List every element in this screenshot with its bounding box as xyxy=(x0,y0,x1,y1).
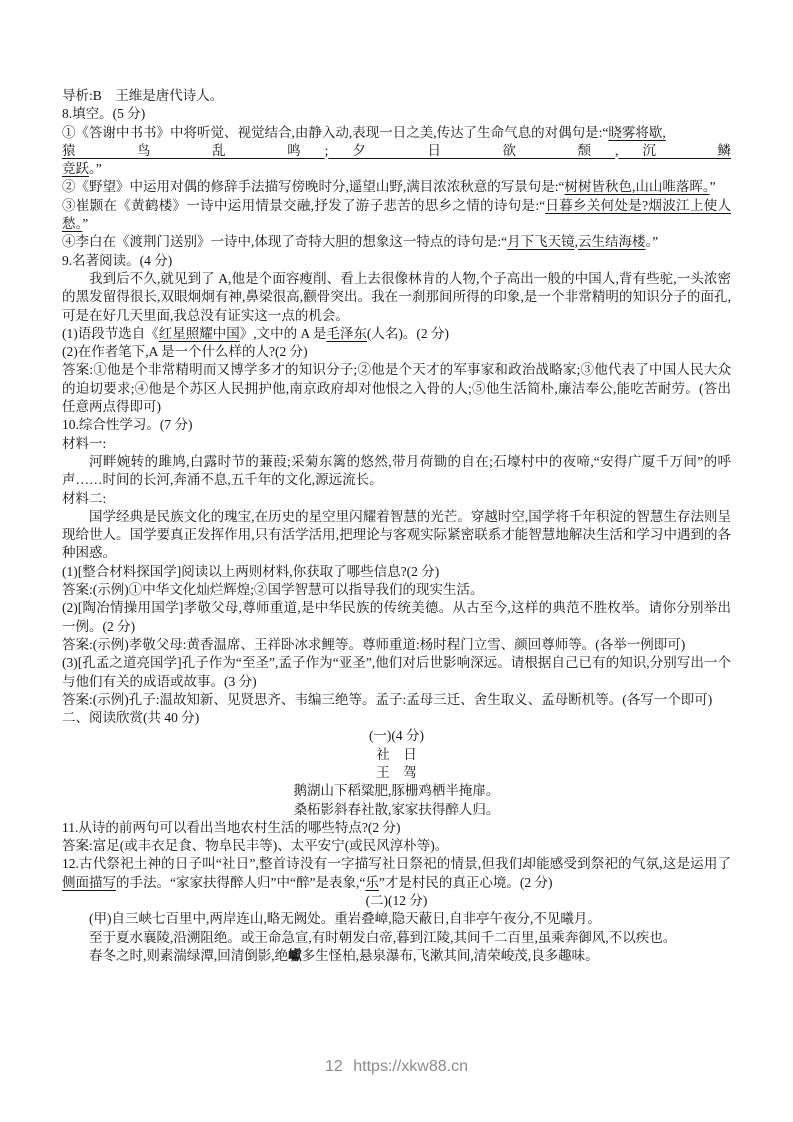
text-segment: ”才是村民的真正心境。(2 分) xyxy=(379,875,553,890)
q8-item2: ②《野望》中运用对偶的修辞手法描写傍晚时分,遥望山野,满目浓浓秋意的写景句是:“… xyxy=(62,178,731,196)
analysis-line: 导析:B 王维是唐代诗人。 xyxy=(62,87,731,105)
text-segment: (甲)自三峡七百里中,两岸连山,略无阙处。重岩叠嶂,隐天蔽日,自非亭午夜分,不见… xyxy=(89,911,601,926)
poem-title: 社 日 xyxy=(62,746,731,764)
bold-character: 巘 xyxy=(288,948,302,963)
text-segment: ②《野望》中运用对偶的修辞手法描写傍晚时分,遥望山野,满目浓浓秋意的写景句是:“ xyxy=(62,179,565,194)
text-segment: 9.名著阅读。(4 分) xyxy=(62,253,172,268)
q10-heading: 10.综合性学习。(7 分) xyxy=(62,416,731,434)
q8-item1-line1: ①《答谢中书书》中将听觉、视觉结合,由静入动,表现一日之美,传达了生命气息的对偶… xyxy=(62,124,731,142)
text-segment: 答案:(示例)孔子:温故知新、见贤思齐、韦编三绝等。孟子:孟母三迁、舍生取义、孟… xyxy=(62,692,712,707)
text-segment: 。” xyxy=(646,234,659,249)
text-segment: 8.填空。(5 分) xyxy=(62,106,145,121)
text-segment: (一)(4 分) xyxy=(369,728,424,743)
text-segment: 春冬之时,则素湍绿潭,回清倒影,绝 xyxy=(89,948,288,963)
underlined-answer: 晓雾将歇, xyxy=(608,125,665,140)
q11: 11.从诗的前两句可以看出当地农村生活的哪些特点?(2 分) xyxy=(62,819,731,837)
text-segment: 河畔婉转的雎鸠,白露时节的蒹葭;采菊东篱的悠然,带月荷锄的自在;石壕村中的夜啼,… xyxy=(62,454,731,487)
text-segment: 答案:(示例)①中华文化灿烂辉煌;②国学智慧可以指导我们的现实生活。 xyxy=(62,582,484,597)
q9-sub1: (1)语段节选自《红星照耀中国》,文中的 A 是毛泽东(人名)。(2 分) xyxy=(62,325,731,343)
underlined-answer: 云生结海楼 xyxy=(578,234,646,249)
q9-heading: 9.名著阅读。(4 分) xyxy=(62,252,731,270)
q10-answer2: 答案:(示例)孝敬父母:黄香温席、王祥卧冰求鲤等。尊师重道:杨时程门立雪、颜回尊… xyxy=(62,636,731,654)
text-segment: 我到后不久,就见到了 A,他是个面容瘦削、看上去很像林肯的人物,个子高出一般的中… xyxy=(62,271,731,323)
q10-sub1: (1)[整合材料探国学]阅读以上两则材料,你获取了哪些信息?(2 分) xyxy=(62,563,731,581)
text-segment: 多生怪柏,悬泉瀑布,飞漱其间,清荣峻茂,良多趣味。 xyxy=(302,948,599,963)
footer-url: https://xkw88.cn xyxy=(353,1058,468,1075)
underlined-answer: 猿 鸟 乱 鸣 xyxy=(62,143,325,158)
text-segment: ①《答谢中书书》中将听觉、视觉结合,由静入动,表现一日之美,传达了生命气息的对偶… xyxy=(62,125,608,140)
text-segment: 答案:(示例)孝敬父母:黄香温席、王祥卧冰求鲤等。尊师重道:杨时程门立雪、颜回尊… xyxy=(62,637,685,652)
q8-item4: ④李白在《渡荆门送别》一诗中,体现了奇特大胆的想象这一特点的诗句是:“月下飞天镜… xyxy=(62,233,731,251)
section2-heading: 二、阅读欣赏(共 40 分) xyxy=(62,709,731,727)
q10-sub3: (3)[孔孟之道亮国学]孔子作为“至圣”,孟子作为“亚圣”,他们对后世影响深远。… xyxy=(62,654,731,691)
text-segment: 12.古代祭祀土神的日子叫“社日”,整首诗没有一字描写社日祭祀的情景,但我们却能… xyxy=(62,856,731,871)
text-segment: 的手法。“家家扶得醉人归”中“醉”是表象,“ xyxy=(116,875,365,890)
passage-jia-p1: (甲)自三峡七百里中,两岸连山,略无阙处。重岩叠嶂,隐天蔽日,自非亭午夜分,不见… xyxy=(62,910,731,928)
q10-answer1: 答案:(示例)①中华文化灿烂辉煌;②国学智慧可以指导我们的现实生活。 xyxy=(62,581,731,599)
material2-text: 国学经典是民族文化的瑰宝,在历史的星空里闪耀着智慧的光芒。穿越时空,国学将千年积… xyxy=(62,508,731,563)
text-segment: (1)[整合材料探国学]阅读以上两则材料,你获取了哪些信息?(2 分) xyxy=(62,564,439,579)
part1-heading: (一)(4 分) xyxy=(62,727,731,745)
material1-label: 材料一: xyxy=(62,435,731,453)
text-segment: 王 驾 xyxy=(376,765,417,780)
poem-line1: 鹅湖山下稻粱肥,豚栅鸡栖半掩扉。 xyxy=(62,782,731,800)
text-segment: 导析:B 王维是唐代诗人。 xyxy=(62,88,223,103)
q8-item1-end: 竞跃。” xyxy=(62,160,731,178)
q10-sub2: (2)[陶冶情操用国学]孝敬父母,尊师重道,是中华民族的传统美德。从古至今,这样… xyxy=(62,599,731,636)
text-segment: 答案:富足(或丰衣足食、物阜民丰等)、太平安宁(或民风淳朴等)。 xyxy=(62,838,448,853)
underlined-answer: 树树皆秋色,山山唯落晖。 xyxy=(565,179,710,194)
underlined-answer: 红星照耀中国 xyxy=(159,326,240,341)
text-segment: (人名)。(2 分) xyxy=(367,326,449,341)
underlined-answer: 沉 鳞 xyxy=(618,143,731,158)
document-body: 导析:B 王维是唐代诗人。8.填空。(5 分)①《答谢中书书》中将听觉、视觉结合… xyxy=(62,87,731,965)
page-number: 12 xyxy=(325,1058,343,1075)
text-segment: 社 日 xyxy=(376,747,417,762)
passage-jia-p3: 春冬之时,则素湍绿潭,回清倒影,绝巘多生怪柏,悬泉瀑布,飞漱其间,清荣峻茂,良多… xyxy=(62,947,731,965)
poem-line2: 桑柘影斜春社散,家家扶得醉人归。 xyxy=(62,801,731,819)
q8-item1-fill-line: 猿 鸟 乱 鸣;夕 日 欲 颓,沉 鳞 xyxy=(62,142,731,160)
poem-author: 王 驾 xyxy=(62,764,731,782)
text-segment: 至于夏水襄陵,沿溯阻绝。或王命急宣,有时朝发白帝,暮到江陵,其间千二百里,虽乘奔… xyxy=(89,930,676,945)
text-segment: 。” xyxy=(89,161,102,176)
passage-jia-p2: 至于夏水襄陵,沿溯阻绝。或王命急宣,有时朝发白帝,暮到江陵,其间千二百里,虽乘奔… xyxy=(62,929,731,947)
material1-text: 河畔婉转的雎鸠,白露时节的蒹葭;采菊东篱的悠然,带月荷锄的自在;石壕村中的夜啼,… xyxy=(62,453,731,490)
text-segment: 国学经典是民族文化的瑰宝,在历史的星空里闪耀着智慧的光芒。穿越时空,国学将千年积… xyxy=(62,509,731,561)
q11-answer: 答案:富足(或丰衣足食、物阜民丰等)、太平安宁(或民风淳朴等)。 xyxy=(62,837,731,855)
text-segment: 鹅湖山下稻粱肥,豚栅鸡栖半掩扉。 xyxy=(294,783,500,798)
q12: 12.古代祭祀土神的日子叫“社日”,整首诗没有一字描写社日祭祀的情景,但我们却能… xyxy=(62,855,731,892)
text-segment: ” xyxy=(82,216,88,231)
text-segment: 》,文中的 A 是 xyxy=(240,326,327,341)
part2-heading: (二)(12 分) xyxy=(62,892,731,910)
text-segment: 材料二: xyxy=(62,491,106,506)
q9-excerpt: 我到后不久,就见到了 A,他是个面容瘦削、看上去很像林肯的人物,个子高出一般的中… xyxy=(62,270,731,325)
text-segment: (2)[陶冶情操用国学]孝敬父母,尊师重道,是中华民族的传统美德。从古至今,这样… xyxy=(62,600,731,633)
text-segment: ” xyxy=(710,179,716,194)
text-segment: 10.综合性学习。(7 分) xyxy=(62,417,193,432)
text-segment: (二)(12 分) xyxy=(366,893,428,908)
text-segment: ③崔颢在《黄鹤楼》一诗中运用情景交融,抒发了游子悲苦的思乡之情的诗句是:“ xyxy=(62,198,545,213)
q8-item3: ③崔颢在《黄鹤楼》一诗中运用情景交融,抒发了游子悲苦的思乡之情的诗句是:“日暮乡… xyxy=(62,197,731,234)
page-footer: 12 https://xkw88.cn xyxy=(0,1058,793,1076)
text-segment: 二、阅读欣赏(共 40 分) xyxy=(62,710,199,725)
underlined-answer: 竞跃 xyxy=(62,161,89,176)
underlined-answer: 乐 xyxy=(365,875,379,890)
underlined-answer: 月下飞天镜 xyxy=(507,234,575,249)
text-segment: 桑柘影斜春社散,家家扶得醉人归。 xyxy=(294,802,500,817)
text-segment: (1)语段节选自《 xyxy=(62,326,159,341)
q9-sub2: (2)在作者笔下,A 是一个什么样的人?(2 分) xyxy=(62,343,731,361)
text-segment: ④李白在《渡荆门送别》一诗中,体现了奇特大胆的想象这一特点的诗句是:“ xyxy=(62,234,507,249)
q8-heading: 8.填空。(5 分) xyxy=(62,105,731,123)
text-segment: 11.从诗的前两句可以看出当地农村生活的哪些特点?(2 分) xyxy=(62,820,400,835)
text-segment: 答案:①他是个非常精明而又博学多才的知识分子;②他是个天才的军事家和政治战略家;… xyxy=(62,362,731,414)
underlined-answer: 毛泽东 xyxy=(326,326,367,341)
text-segment: (3)[孔孟之道亮国学]孔子作为“至圣”,孟子作为“亚圣”,他们对后世影响深远。… xyxy=(62,655,731,688)
underlined-answer: 侧面描写 xyxy=(62,875,116,890)
text-segment: 材料一: xyxy=(62,436,106,451)
material2-label: 材料二: xyxy=(62,490,731,508)
underlined-answer: 夕 日 欲 颓 xyxy=(328,143,615,158)
q10-answer3: 答案:(示例)孔子:温故知新、见贤思齐、韦编三绝等。孟子:孟母三迁、舍生取义、孟… xyxy=(62,691,731,709)
text-segment: (2)在作者笔下,A 是一个什么样的人?(2 分) xyxy=(62,344,308,359)
q9-answer: 答案:①他是个非常精明而又博学多才的知识分子;②他是个天才的军事家和政治战略家;… xyxy=(62,361,731,416)
